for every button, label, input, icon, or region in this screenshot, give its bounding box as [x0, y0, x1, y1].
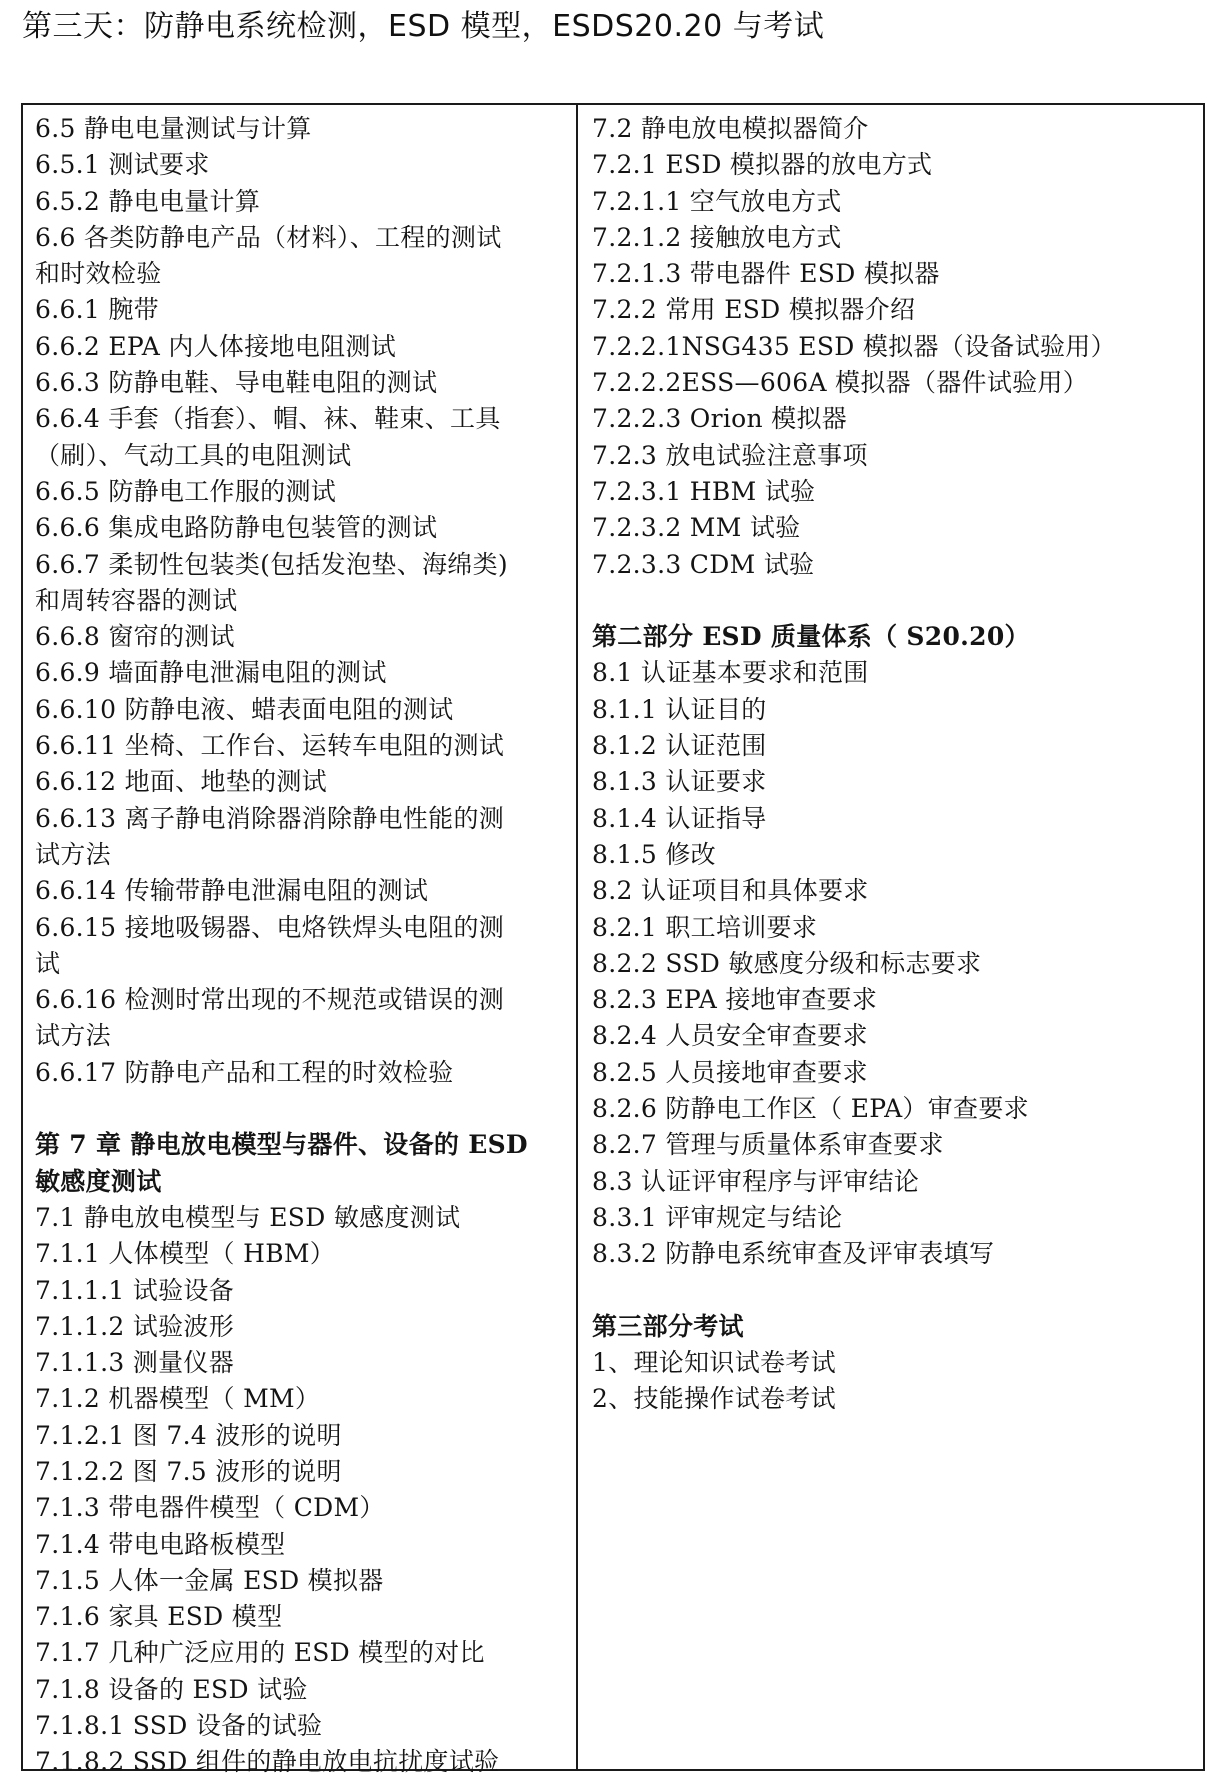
toc-item: 7.1 静电放电模型与 ESD 敏感度测试: [35, 1200, 570, 1236]
toc-item: 7.1.6 家具 ESD 模型: [35, 1599, 570, 1635]
toc-item: 和周转容器的测试: [35, 583, 570, 619]
toc-item: 7.2.1.2 接触放电方式: [592, 220, 1197, 256]
toc-item: 6.6 各类防静电产品（材料）、工程的测试: [35, 220, 570, 256]
toc-item: 8.1.4 认证指导: [592, 801, 1197, 837]
toc-item: 8.3.1 评审规定与结论: [592, 1200, 1197, 1236]
toc-item: 8.2.6 防静电工作区（ EPA）审查要求: [592, 1091, 1197, 1127]
toc-item: 8.3.2 防静电系统审查及评审表填写: [592, 1236, 1197, 1272]
toc-item: 7.2.3.2 MM 试验: [592, 510, 1197, 546]
toc-item: 1、理论知识试卷考试: [592, 1345, 1197, 1381]
toc-item: （刷）、气动工具的电阻测试: [35, 438, 570, 474]
toc-item: 7.1.5 人体一金属 ESD 模拟器: [35, 1563, 570, 1599]
toc-item: 试方法: [35, 837, 570, 873]
toc-item: 6.6.7 柔韧性包装类(包括发泡垫、海绵类): [35, 547, 570, 583]
toc-item: 和时效检验: [35, 256, 570, 292]
toc-item: 8.2 认证项目和具体要求: [592, 873, 1197, 909]
spacer: [35, 1091, 570, 1127]
toc-item: 6.6.4 手套（指套）、帽、袜、鞋束、工具: [35, 401, 570, 437]
toc-item: 7.2.3 放电试验注意事项: [592, 438, 1197, 474]
toc-item: 7.1.2.2 图 7.5 波形的说明: [35, 1454, 570, 1490]
toc-item: 7.1.1.3 测量仪器: [35, 1345, 570, 1381]
toc-item: 8.2.4 人员安全审查要求: [592, 1018, 1197, 1054]
toc-item: 6.5.2 静电电量计算: [35, 184, 570, 220]
toc-item: 7.1.7 几种广泛应用的 ESD 模型的对比: [35, 1635, 570, 1671]
toc-item: 8.3 认证评审程序与评审结论: [592, 1164, 1197, 1200]
toc-item: 8.1.1 认证目的: [592, 692, 1197, 728]
toc-item: 7.1.8 设备的 ESD 试验: [35, 1672, 570, 1708]
toc-item: 6.6.2 EPA 内人体接地电阻测试: [35, 329, 570, 365]
toc-item: 7.2.2 常用 ESD 模拟器介绍: [592, 292, 1197, 328]
toc-item: 8.2.2 SSD 敏感度分级和标志要求: [592, 946, 1197, 982]
toc-item: 6.6.15 接地吸锡器、电烙铁焊头电阻的测: [35, 910, 570, 946]
toc-item: 6.6.9 墙面静电泄漏电阻的测试: [35, 655, 570, 691]
toc-item: 6.5 静电电量测试与计算: [35, 111, 570, 147]
toc-item: 7.2.2.2ESS—606A 模拟器（器件试验用）: [592, 365, 1197, 401]
toc-table: 6.5 静电电量测试与计算6.5.1 测试要求6.5.2 静电电量计算6.6 各…: [21, 103, 1205, 1771]
section-heading: 第二部分 ESD 质量体系（ S20.20）: [592, 619, 1197, 655]
toc-item: 6.6.13 离子静电消除器消除静电性能的测: [35, 801, 570, 837]
toc-item: 6.6.14 传输带静电泄漏电阻的测试: [35, 873, 570, 909]
toc-item: 6.6.10 防静电液、蜡表面电阻的测试: [35, 692, 570, 728]
toc-item: 8.2.1 职工培训要求: [592, 910, 1197, 946]
toc-item: 6.6.1 腕带: [35, 292, 570, 328]
toc-column-left: 6.5 静电电量测试与计算6.5.1 测试要求6.5.2 静电电量计算6.6 各…: [23, 105, 578, 1769]
spacer: [592, 1273, 1197, 1309]
toc-item: 6.6.5 防静电工作服的测试: [35, 474, 570, 510]
toc-item: 6.6.8 窗帘的测试: [35, 619, 570, 655]
section-heading: 敏感度测试: [35, 1164, 570, 1200]
toc-item: 7.1.1.2 试验波形: [35, 1309, 570, 1345]
toc-item: 6.6.6 集成电路防静电包装管的测试: [35, 510, 570, 546]
toc-item: 7.1.1.1 试验设备: [35, 1273, 570, 1309]
toc-item: 7.2.2.3 Orion 模拟器: [592, 401, 1197, 437]
toc-item: 7.1.2.1 图 7.4 波形的说明: [35, 1418, 570, 1454]
toc-item: 7.2.1.3 带电器件 ESD 模拟器: [592, 256, 1197, 292]
toc-item: 6.6.11 坐椅、工作台、运转车电阻的测试: [35, 728, 570, 764]
toc-item: 8.1.5 修改: [592, 837, 1197, 873]
toc-item: 7.2.2.1NSG435 ESD 模拟器（设备试验用）: [592, 329, 1197, 365]
toc-item: 7.2.1 ESD 模拟器的放电方式: [592, 147, 1197, 183]
toc-item: 8.2.5 人员接地审查要求: [592, 1055, 1197, 1091]
toc-item: 7.2.1.1 空气放电方式: [592, 184, 1197, 220]
toc-item: 6.6.3 防静电鞋、导电鞋电阻的测试: [35, 365, 570, 401]
toc-item: 8.2.3 EPA 接地审查要求: [592, 982, 1197, 1018]
toc-item: 8.2.7 管理与质量体系审查要求: [592, 1127, 1197, 1163]
section-heading: 第三部分考试: [592, 1309, 1197, 1345]
toc-column-right: 7.2 静电放电模拟器简介7.2.1 ESD 模拟器的放电方式7.2.1.1 空…: [578, 105, 1203, 1769]
toc-item: 7.1.4 带电电路板模型: [35, 1527, 570, 1563]
toc-item: 7.1.1 人体模型（ HBM）: [35, 1236, 570, 1272]
toc-item: 7.1.8.2 SSD 组件的静电放电抗扰度试验: [35, 1744, 570, 1780]
toc-item: 试方法: [35, 1018, 570, 1054]
toc-item: 6.6.16 检测时常出现的不规范或错误的测: [35, 982, 570, 1018]
toc-item: 8.1.2 认证范围: [592, 728, 1197, 764]
toc-item: 7.2 静电放电模拟器简介: [592, 111, 1197, 147]
page-title: 第三天：防静电系统检测，ESD 模型，ESDS20.20 与考试: [22, 6, 824, 48]
toc-item: 7.1.8.1 SSD 设备的试验: [35, 1708, 570, 1744]
toc-item: 8.1.3 认证要求: [592, 764, 1197, 800]
toc-item: 8.1 认证基本要求和范围: [592, 655, 1197, 691]
toc-item: 6.6.17 防静电产品和工程的时效检验: [35, 1055, 570, 1091]
toc-item: 试: [35, 946, 570, 982]
toc-item: 7.2.3.1 HBM 试验: [592, 474, 1197, 510]
toc-item: 2、技能操作试卷考试: [592, 1381, 1197, 1417]
toc-item: 6.6.12 地面、地垫的测试: [35, 764, 570, 800]
toc-item: 7.2.3.3 CDM 试验: [592, 547, 1197, 583]
section-heading: 第 7 章 静电放电模型与器件、设备的 ESD: [35, 1127, 570, 1163]
toc-item: 7.1.3 带电器件模型（ CDM）: [35, 1490, 570, 1526]
toc-item: 7.1.2 机器模型（ MM）: [35, 1381, 570, 1417]
toc-item: 6.5.1 测试要求: [35, 147, 570, 183]
spacer: [592, 583, 1197, 619]
